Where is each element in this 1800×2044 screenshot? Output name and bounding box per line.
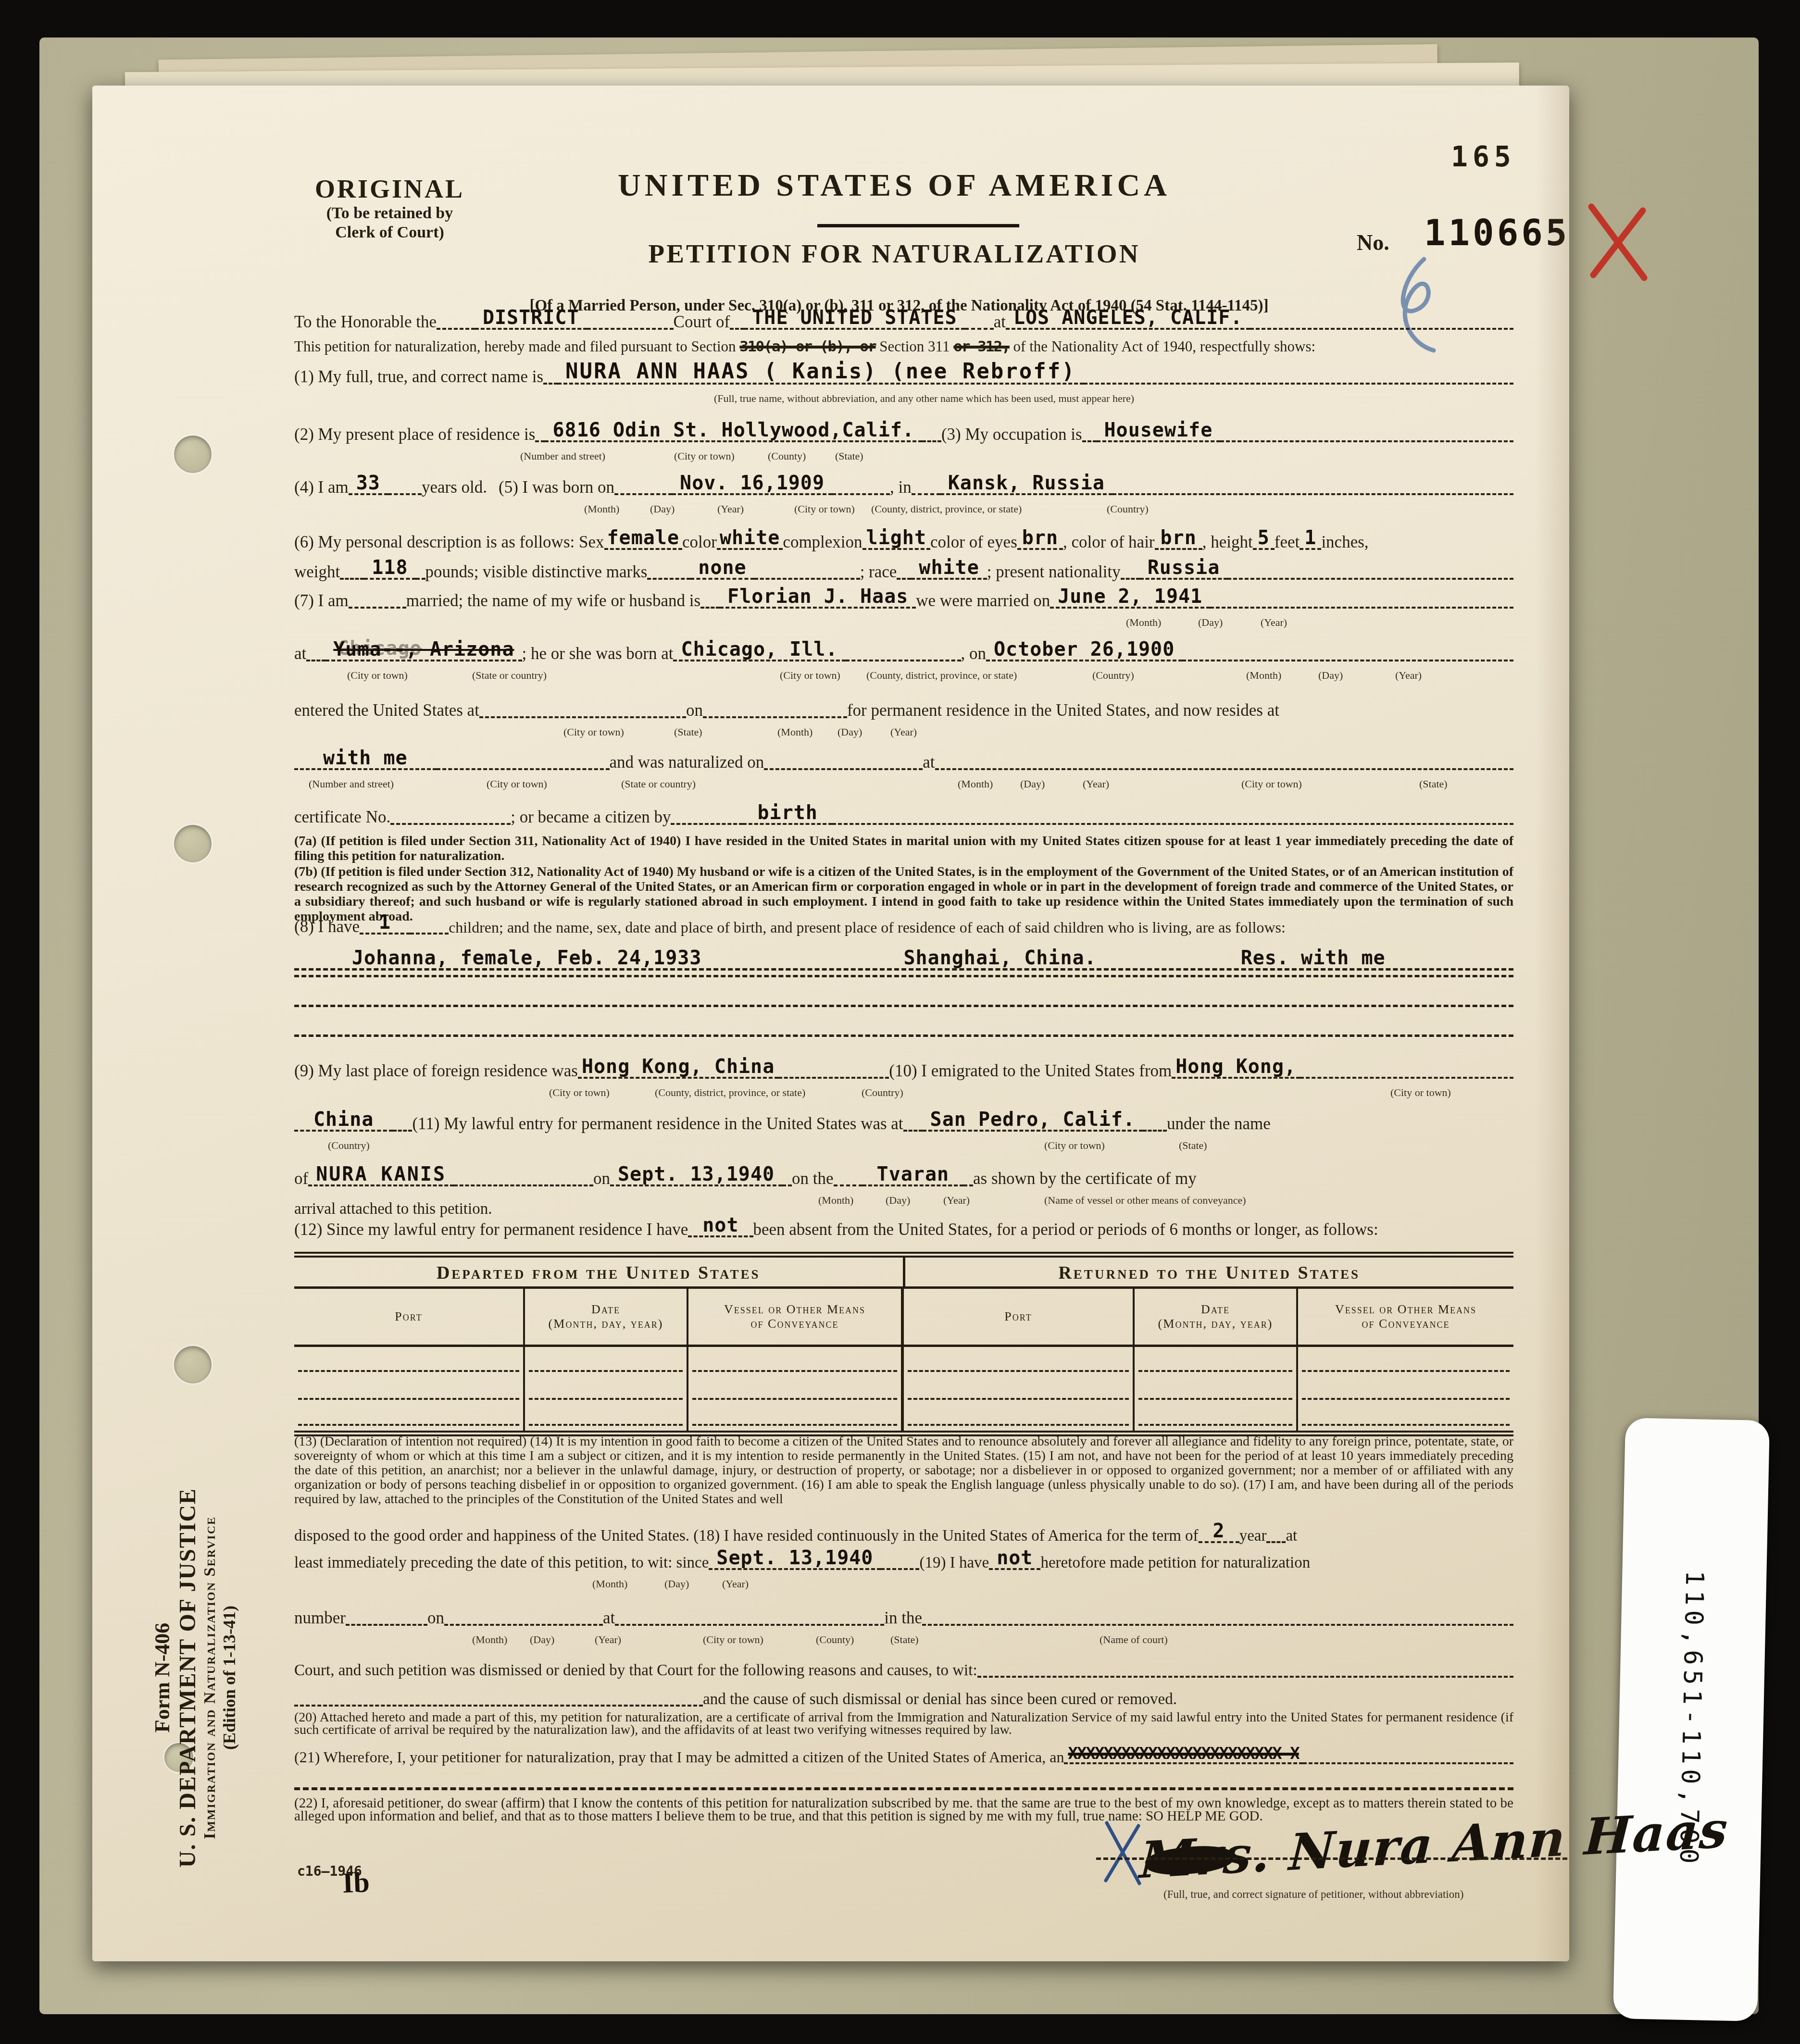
children-count-value: 1	[379, 911, 391, 934]
entry-name-value: NURA KANIS	[316, 1163, 446, 1185]
label: entered the United States at	[294, 701, 479, 724]
item6-row1: (6) My personal description is as follow…	[294, 529, 1513, 556]
field-caption: (City or town)	[563, 726, 624, 738]
field-caption: (Year)	[717, 503, 744, 515]
cured-row: and the cause of such dismissal or denia…	[294, 1685, 1513, 1712]
hair-color-value: brn	[1161, 527, 1197, 549]
vessel-value: Tvaran	[877, 1163, 950, 1185]
label: , height	[1202, 533, 1253, 556]
table-row	[294, 1403, 1513, 1431]
marks-value: none	[698, 557, 746, 579]
label: and the cause of such dismissal or denia…	[703, 1691, 1177, 1712]
field-caption: (Full, true name, without abbreviation, …	[563, 392, 1285, 405]
label: complexion	[783, 533, 862, 556]
label: Court, and such petition was dismissed o…	[294, 1662, 977, 1683]
struck-section-310: 310(a) or (b), or	[739, 338, 875, 355]
field-caption: (City or town)	[347, 669, 408, 682]
lawful-entry-place-value: San Pedro, Calif.	[930, 1109, 1135, 1131]
field-caption: (State)	[890, 1633, 919, 1646]
field-caption: (Name of court)	[1100, 1633, 1168, 1646]
since-date-value: Sept. 13,1940	[716, 1547, 873, 1569]
field-caption: (City or town)	[487, 778, 547, 790]
height-inches-value: 1	[1304, 527, 1316, 549]
label: years old.	[422, 478, 487, 501]
field-caption: (Month)	[1246, 669, 1281, 682]
court-name-value: THE UNITED STATES	[752, 307, 957, 329]
item12-row: (12) Since my lawful entry for permanent…	[294, 1216, 1513, 1243]
absence-table: Departed from the United States Returned…	[294, 1252, 1513, 1436]
returned-header: Returned to the United States	[905, 1258, 1514, 1286]
item4-5-row: (4) I am 33 years old. (5) I was born on…	[294, 474, 1513, 501]
label: To the Honorable the	[294, 312, 437, 336]
field-caption: (Month)	[1126, 616, 1161, 629]
label: for permanent residence in the United St…	[847, 701, 1279, 724]
dismissed-row: Court, and such petition was dismissed o…	[294, 1657, 1513, 1683]
label: (9) My last place of foreign residence w…	[294, 1061, 578, 1084]
field-caption: (City or town)	[794, 503, 855, 515]
full-name-value: NURA ANN HAAS ( Kanis) (nee Rebroff)	[565, 359, 1076, 384]
field-caption: (Day)	[664, 1578, 689, 1590]
field-caption: (Year)	[1395, 669, 1422, 682]
arrival-line: arrival attached to this petition.	[294, 1202, 1513, 1216]
punch-hole	[174, 436, 212, 473]
pursuant-line: This petition for naturalization, hereby…	[294, 339, 1513, 354]
field-caption: (City or town)	[1390, 1086, 1451, 1099]
petition-number: 110665	[1424, 212, 1570, 254]
entered-us-row: entered the United States at on for perm…	[294, 697, 1513, 724]
label: (3) My occupation is	[941, 425, 1082, 448]
field-caption: (Month)	[472, 1633, 507, 1646]
label: Court of	[674, 312, 730, 336]
field-caption: (City or town)	[703, 1633, 763, 1646]
field-caption: (Month)	[592, 1578, 627, 1590]
field-caption: (State)	[674, 726, 702, 738]
red-x-mark	[1583, 202, 1655, 284]
occupation-value: Housewife	[1104, 419, 1213, 441]
label: on	[686, 701, 703, 724]
label: at	[923, 753, 935, 776]
field-caption: (Number and street)	[309, 778, 394, 790]
marriage-place-value: Yuma--, Arizona	[333, 638, 514, 661]
archival-photo: 110,651-110,700 165 ORIGINAL (To be reta…	[0, 0, 1800, 2044]
para-7a: (7a) (If petition is filed under Section…	[294, 834, 1513, 863]
label: (6) My personal description is as follow…	[294, 533, 604, 556]
label: heretofore made petition for naturalizat…	[1040, 1554, 1310, 1576]
col-port: Port	[294, 1289, 525, 1345]
weight-value: 118	[372, 557, 408, 579]
label: ; he or she was born at	[522, 644, 674, 667]
col-vessel: Vessel or Other Meansof Conveyance	[1298, 1289, 1513, 1345]
emigrated-country-value: China	[313, 1109, 374, 1131]
birth-place-value: Kansk, Russia	[948, 472, 1105, 494]
resides-with-value: with me	[323, 747, 408, 769]
field-caption: (City or town)	[549, 1086, 610, 1099]
label: (4) I am	[294, 478, 349, 501]
field-caption: (Day)	[1318, 669, 1343, 682]
height-feet-value: 5	[1258, 527, 1270, 549]
item18-row: disposed to the good order and happiness…	[294, 1522, 1513, 1549]
field-caption: (Year)	[890, 726, 917, 738]
resides-with-row: with me and was naturalized on at (Numbe…	[294, 749, 1513, 776]
label: pounds; visible distinctive marks	[425, 562, 648, 586]
original-block: ORIGINAL (To be retained by Clerk of Cou…	[315, 174, 464, 242]
field-caption: (Year)	[595, 1633, 621, 1646]
para-22: (22) I, aforesaid petitioner, do swear (…	[294, 1797, 1513, 1823]
field-caption: (Country)	[1107, 503, 1149, 515]
field-caption: (Month)	[584, 503, 619, 515]
label: and was naturalized on	[610, 753, 764, 776]
emigrated-from-value: Hong Kong,	[1175, 1056, 1296, 1078]
label: married; the name of my wife or husband …	[406, 591, 700, 614]
label: (19) I have	[919, 1554, 989, 1576]
label: number	[294, 1608, 346, 1632]
original-label: ORIGINAL	[315, 174, 464, 204]
retained-line1: (To be retained by	[315, 204, 464, 223]
label: (11) My lawful entry for permanent resid…	[412, 1114, 903, 1137]
absent-value: not	[702, 1214, 738, 1236]
birth-date-value: Nov. 16,1909	[680, 472, 825, 494]
field-caption: (Country)	[328, 1139, 370, 1152]
label: color of eyes	[930, 533, 1017, 556]
field-caption: (County)	[816, 1633, 854, 1646]
entry-date-value: Sept. 13,1940	[618, 1163, 775, 1185]
field-caption: (Year)	[722, 1578, 749, 1590]
label: on	[593, 1169, 610, 1192]
label: ; race	[860, 562, 897, 586]
label: under the name	[1167, 1114, 1271, 1137]
edition-date: (Edition of 1-13-41)	[219, 1476, 239, 1880]
label: color	[682, 533, 717, 556]
court-type-value: DISTRICT	[483, 307, 579, 329]
field-caption: (State)	[1179, 1139, 1207, 1152]
blank-line	[294, 1005, 1513, 1007]
complexion-value: light	[866, 527, 926, 549]
signature-line	[1096, 1857, 1567, 1860]
field-caption: (City or town)	[1044, 1139, 1105, 1152]
retained-line2: Clerk of Court)	[315, 223, 464, 242]
label: ; present nationality	[987, 562, 1121, 586]
form-number: Form N-406	[150, 1476, 175, 1880]
term-years-value: 2	[1213, 1520, 1225, 1542]
title-rule	[817, 224, 1019, 227]
archive-range-label: 110,651-110,700	[1613, 1418, 1770, 2021]
field-caption: (County, district, province, or state)	[866, 669, 1017, 682]
field-caption: (State)	[1419, 778, 1448, 790]
entry-name-row: of NURA KANIS on Sept. 13,1940 on the Tv…	[294, 1165, 1513, 1192]
label: (2) My present place of residence is	[294, 425, 535, 448]
field-caption: (County, district, province, or state)	[871, 503, 1022, 515]
petition-form-page: 165 ORIGINAL (To be retained by Clerk of…	[92, 86, 1569, 1961]
struck-typed-text: XXXXXXXXXXXXXXXXXXXXXXXX X	[1068, 1744, 1299, 1763]
label: at	[1286, 1527, 1297, 1549]
prior-petition-row: number on at in the (Month) (Day) (Year)…	[294, 1605, 1513, 1632]
department-name: U. S. DEPARTMENT OF JUSTICE	[175, 1476, 201, 1880]
foreign-residence-value: Hong Kong, China	[582, 1056, 775, 1078]
court-place-value: LOS ANGELES, CALIF.	[1013, 307, 1243, 329]
children-row: Johanna, female, Feb. 24,1933 Shanghai, …	[294, 941, 1513, 971]
col-port: Port	[904, 1289, 1135, 1345]
nationality-value: Russia	[1148, 557, 1220, 579]
page-number-stamp: 165	[1451, 140, 1516, 173]
age-value: 33	[356, 472, 380, 494]
label: at	[603, 1608, 615, 1632]
label: feet	[1275, 533, 1300, 556]
item9-10-row: (9) My last place of foreign residence w…	[294, 1058, 1513, 1084]
field-caption: (Day)	[837, 726, 862, 738]
clerk-initials-stamp: Ib	[342, 1866, 370, 1900]
item11-row: China (11) My lawful entry for permanent…	[294, 1110, 1513, 1137]
field-caption: (Day)	[1198, 616, 1223, 629]
table-body	[294, 1347, 1513, 1431]
page-subtitle: PETITION FOR NATURALIZATION	[519, 238, 1269, 269]
residence-value: 6816 Odin St. Hollywood,Calif.	[552, 419, 914, 441]
sex-value: female	[607, 527, 680, 549]
label: , in	[890, 478, 912, 501]
label: weight	[294, 562, 340, 586]
certificate-row: certificate No. ; or became a citizen by…	[294, 804, 1513, 831]
item2-3-row: (2) My present place of residence is 681…	[294, 421, 1513, 448]
marriage-place-row: at Chicago Yuma--, Arizona ; he or she w…	[294, 640, 1513, 667]
item6-row2: weight 118 pounds; visible distinctive m…	[294, 559, 1513, 586]
color-value: white	[720, 527, 780, 549]
signature-caption: (Full, true, and correct signature of pe…	[1163, 1888, 1463, 1901]
item1-row: (1) My full, true, and correct name is N…	[294, 363, 1513, 390]
form-edition-sidebar: Form N-406 U. S. DEPARTMENT OF JUSTICE I…	[150, 1476, 285, 1880]
label: (5) I was born on	[487, 478, 614, 501]
struck-section-312: or 312,	[953, 338, 1010, 355]
child-residence-value: Res. with me	[1241, 947, 1386, 969]
item21-row: (21) Wherefore, I, your petitioner for n…	[294, 1743, 1513, 1770]
field-caption: (City or town)	[780, 669, 840, 682]
blank-line	[294, 975, 1513, 977]
spouse-birthplace-value: Chicago, Ill.	[681, 638, 837, 661]
punch-hole	[174, 1346, 212, 1383]
field-caption: (Year)	[1261, 616, 1287, 629]
field-caption: (Country)	[862, 1086, 903, 1099]
child-name-value: Johanna, female, Feb. 24,1933	[352, 947, 701, 969]
honorable-line: To the Honorable the DISTRICT Court of T…	[294, 309, 1513, 336]
table-group-header: Departed from the United States Returned…	[294, 1258, 1513, 1289]
field-caption: (Country)	[1092, 669, 1134, 682]
label: This petition for naturalization, hereby…	[294, 338, 736, 355]
label: , on	[961, 644, 987, 667]
field-caption: (Month)	[958, 778, 993, 790]
child-birthplace-value: Shanghai, China.	[903, 947, 1096, 969]
field-caption: (State)	[835, 450, 863, 462]
spouse-birthdate-value: October 26,1900	[994, 638, 1175, 661]
label: , color of hair	[1063, 533, 1154, 556]
label: on	[427, 1608, 444, 1632]
label: children; and the name, sex, date and pl…	[449, 919, 1286, 940]
page-title: UNITED STATES OF AMERICA	[519, 167, 1269, 204]
table-row	[294, 1347, 1513, 1375]
not-heretofore-value: not	[997, 1547, 1033, 1569]
field-caption: (City or town)	[1241, 778, 1302, 790]
field-caption: (Month)	[777, 726, 812, 738]
col-vessel: Vessel or Other Meansof Conveyance	[688, 1289, 904, 1345]
label: year	[1239, 1527, 1267, 1549]
label: as shown by the certificate of my	[973, 1169, 1197, 1192]
label: we were married on	[916, 591, 1050, 614]
field-caption: (Day)	[1020, 778, 1045, 790]
item18-19-row: least immediately preceding the date of …	[294, 1549, 1513, 1576]
blank-line	[294, 1034, 1513, 1037]
field-caption: (Day)	[650, 503, 675, 515]
para-13-17: (13) (Declaration of intention not requi…	[294, 1434, 1513, 1507]
label: in the	[884, 1608, 922, 1632]
label: ; or became a citizen by	[511, 808, 671, 831]
table-column-headers: Port Date(Month, day, year) Vessel or Ot…	[294, 1289, 1513, 1347]
item7-row: (7) I am married; the name of my wife or…	[294, 587, 1513, 614]
marriage-date-value: June 2, 1941	[1058, 586, 1202, 608]
eye-color-value: brn	[1022, 527, 1058, 549]
field-caption: (County)	[768, 450, 806, 462]
departed-header: Departed from the United States	[294, 1258, 905, 1286]
field-caption: (Year)	[1083, 778, 1109, 790]
label: (12) Since my lawful entry for permanent…	[294, 1220, 688, 1243]
field-caption: (Number and street)	[520, 450, 605, 462]
field-caption: (City or town)	[674, 450, 735, 462]
label: certificate No.	[294, 808, 390, 831]
punch-hole	[174, 825, 212, 862]
label: inches,	[1321, 533, 1368, 556]
label: at	[994, 312, 1006, 336]
spouse-name-value: Florian J. Haas	[727, 586, 908, 608]
col-date: Date(Month, day, year)	[1135, 1289, 1298, 1345]
label: of	[294, 1169, 308, 1192]
label: been absent from the United States, for …	[753, 1220, 1378, 1243]
field-caption: (State or country)	[472, 669, 547, 682]
col-date: Date(Month, day, year)	[525, 1289, 688, 1345]
race-value: white	[919, 557, 979, 579]
label: of the Nationality Act of 1940, respectf…	[1013, 338, 1316, 355]
label: on the	[792, 1169, 834, 1192]
label: (21) Wherefore, I, your petitioner for n…	[294, 1748, 1064, 1770]
label: (7) I am	[294, 591, 349, 614]
label: (10) I emigrated to the United States fr…	[889, 1061, 1172, 1084]
section-divider	[294, 1787, 1513, 1790]
label: (1) My full, true, and correct name is	[294, 367, 543, 390]
citizen-by-value: birth	[757, 802, 817, 824]
field-caption: (State or country)	[621, 778, 696, 790]
field-caption: (County, district, province, or state)	[655, 1086, 805, 1099]
para-20: (20) Attached hereto and made a part of …	[294, 1711, 1513, 1736]
item8-row: (8) I have 1 children; and the name, sex…	[294, 913, 1513, 940]
label: least immediately preceding the date of …	[294, 1554, 709, 1576]
field-caption: (Day)	[530, 1633, 554, 1646]
service-name: Immigration and Naturalization Service	[201, 1476, 219, 1880]
label: at	[294, 644, 306, 667]
label: (8) I have	[294, 917, 360, 940]
table-row	[294, 1375, 1513, 1403]
label: Section 311	[879, 338, 950, 355]
